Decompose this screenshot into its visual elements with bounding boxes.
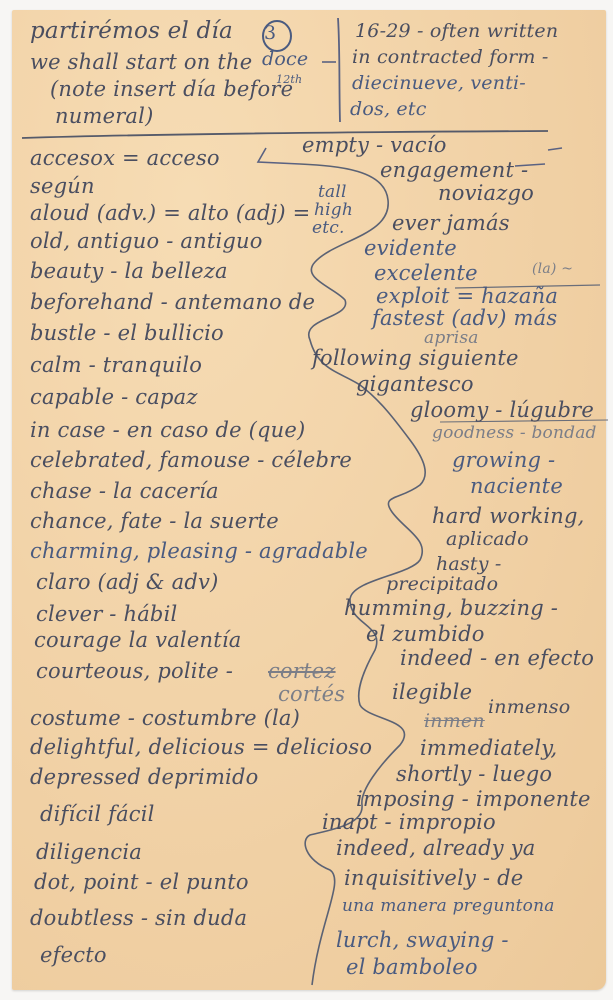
vocab-right-item: aprisa xyxy=(424,330,479,347)
doce-word: doce xyxy=(262,50,308,69)
vocab-left-item: dot, point - el punto xyxy=(34,872,249,893)
vocab-left-item: capable - capaz xyxy=(30,387,198,408)
vocab-left-item: difícil fácil xyxy=(40,804,155,825)
vocab-right-item: inmenso xyxy=(488,698,570,717)
vocab-right-struck: inmen xyxy=(424,712,485,731)
vocab-right-item: precipitado xyxy=(386,575,498,594)
vocab-right-item: inquisitively - de xyxy=(344,868,523,889)
vocab-left-item: in case - en caso de (que) xyxy=(30,420,305,441)
header-line-3: (note insert día before xyxy=(50,79,293,100)
vocab-right-item: naciente xyxy=(470,476,563,497)
alto-note: etc. xyxy=(312,220,345,237)
header-line-4: numeral) xyxy=(55,106,153,127)
header-divider xyxy=(22,131,548,138)
vocab-right-item: noviazgo xyxy=(438,183,534,204)
vocab-left-item: chance, fate - la suerte xyxy=(30,511,279,532)
vocab-left-item: charming, pleasing - agradable xyxy=(30,541,368,562)
vocab-left-item: bustle - el bullicio xyxy=(30,323,224,344)
vocab-right-item: shortly - luego xyxy=(396,764,552,785)
vocab-right-item: hard working, xyxy=(432,506,585,527)
vocab-left-item: courteous, polite - xyxy=(36,661,233,682)
vocab-left-item: calm - tranquilo xyxy=(30,355,202,376)
vocab-right-item: evidente xyxy=(364,238,457,259)
vocab-right-item: el zumbido xyxy=(366,624,485,645)
vocab-left-item: diligencia xyxy=(36,842,142,863)
vocab-right-item: fastest (adv) más xyxy=(372,308,557,329)
vocab-right-item: indeed - en efecto xyxy=(400,648,594,669)
vocab-right-item: hasty - xyxy=(436,555,502,574)
vocab-right-item: gigantesco xyxy=(356,374,474,395)
vocab-right-item: ilegible xyxy=(392,682,472,703)
alto-note: tall xyxy=(318,184,347,201)
vocab-right-item: immediately, xyxy=(420,738,557,759)
header-right-1: 16-29 - often written xyxy=(355,22,558,41)
vocab-left-struck: cortez xyxy=(268,661,336,682)
vocab-right-item: ever jamás xyxy=(392,213,510,234)
vocab-left-item: claro (adj & adv) xyxy=(36,572,219,593)
vocab-left-item: costume - costumbre (la) xyxy=(30,708,300,729)
vocab-right-item: gloomy - lúgubre xyxy=(410,400,594,421)
header-right-2: in contracted form - xyxy=(352,48,548,67)
vocab-right-item: indeed, already ya xyxy=(336,838,536,859)
vocab-right-item: following siguiente xyxy=(312,348,519,369)
vocab-left-item: efecto xyxy=(40,945,107,966)
vocab-right-item: growing - xyxy=(452,450,555,471)
vocab-right-note: (la) ~ xyxy=(532,262,573,276)
vocab-left-item: depressed deprimido xyxy=(30,767,258,788)
vocab-left-item: old, antiguo - antiguo xyxy=(30,231,263,252)
vocab-left-item: cortés xyxy=(278,684,345,705)
vocab-right-item: engagement - xyxy=(380,160,528,181)
vocab-right-item: aplicado xyxy=(446,530,529,549)
vocab-left-item: celebrated, famouse - célebre xyxy=(30,450,352,471)
vocab-right-item: inapt - impropio xyxy=(322,812,496,833)
vocab-left-item: beforehand - antemano de xyxy=(30,292,315,313)
vocab-left-item: chase - la cacería xyxy=(30,481,219,502)
vocab-left-item: según xyxy=(30,176,95,197)
vocab-right-item: lurch, swaying - xyxy=(336,930,509,951)
vocab-right-item: una manera preguntona xyxy=(342,898,555,915)
vocab-right-item: exploit = hazaña xyxy=(376,286,558,307)
vocab-left-item: delightful, delicious = delicioso xyxy=(30,737,372,758)
header-right-3: diecinueve, venti- xyxy=(352,74,526,93)
header-line-2: we shall start on the xyxy=(30,52,252,73)
header-line-1: partirémos el día xyxy=(30,20,233,43)
twelfth-note: 12th xyxy=(276,74,302,85)
vocab-left-item: aloud (adv.) = alto (adj) = xyxy=(30,203,310,224)
vocab-left-item: courage la valentía xyxy=(34,630,241,651)
vocab-right-item: goodness - bondad xyxy=(432,425,597,442)
vocab-right-item: empty - vacío xyxy=(302,135,447,156)
page-number: 3 xyxy=(264,24,276,43)
vocab-left-item: accesox = acceso xyxy=(30,148,220,169)
header-right-4: dos, etc xyxy=(350,100,427,119)
vocab-left-item: beauty - la belleza xyxy=(30,261,228,282)
vocab-right-item: excelente xyxy=(374,263,478,284)
vocab-right-item: imposing - imponente xyxy=(356,789,591,810)
vocab-right-item: el bamboleo xyxy=(346,957,478,978)
vocab-right-item: humming, buzzing - xyxy=(344,598,558,619)
vocab-left-item: clever - hábil xyxy=(36,604,177,625)
alto-note: high xyxy=(314,202,353,219)
vocab-left-item: doubtless - sin duda xyxy=(30,908,247,929)
